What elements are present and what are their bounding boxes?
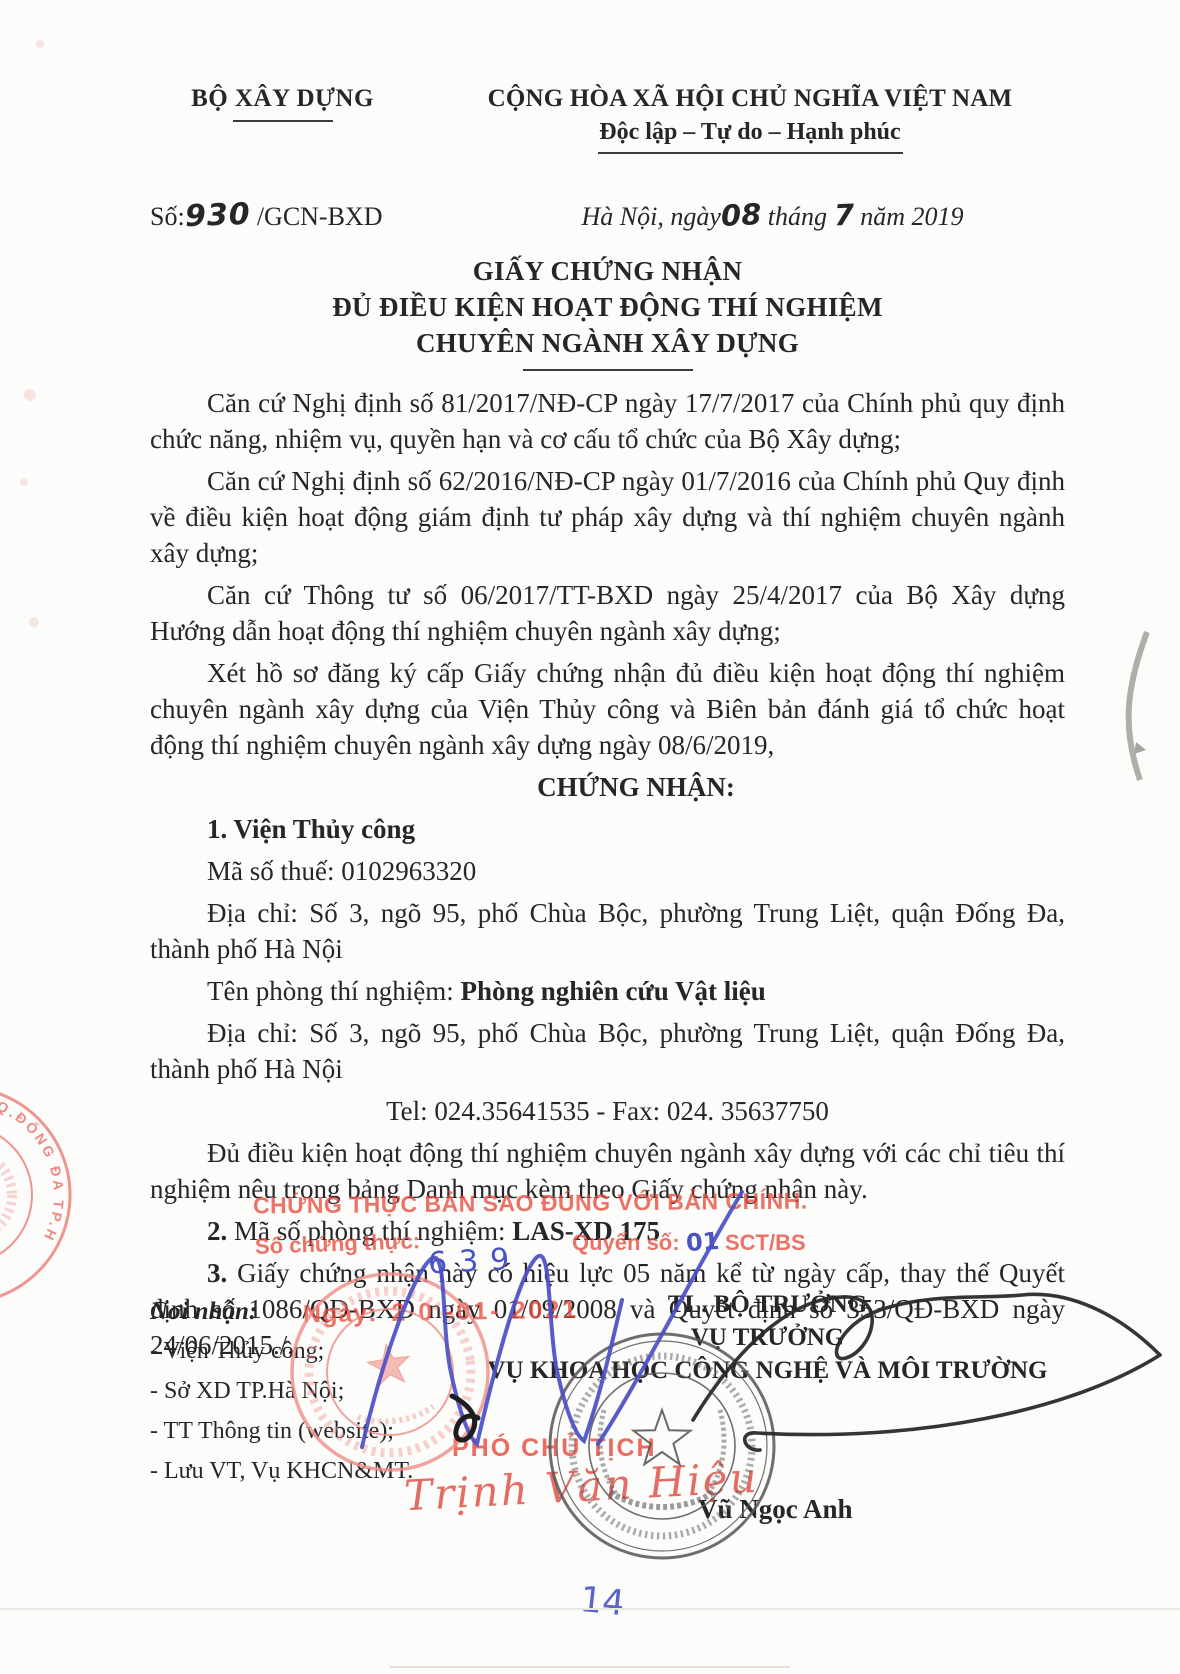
notary-date-line: Ngày:2 0 -01- 2021 xyxy=(303,1296,580,1330)
title-underline xyxy=(523,369,693,371)
book-number-handwritten: 01 xyxy=(685,1227,720,1257)
doc-no-suffix: /GCN-BXD xyxy=(257,202,383,231)
address-line: Địa chỉ: Số 3, ngõ 95, phố Chùa Bộc, phư… xyxy=(150,895,1065,967)
date-mid: tháng xyxy=(768,202,827,231)
lab-line: Tên phòng thí nghiệm: Phòng nghiên cứu V… xyxy=(150,973,1065,1009)
date-prefix: Hà Nội, ngày xyxy=(582,202,721,231)
recipient-item: - Lưu VT, Vụ KHCN&MT. xyxy=(150,1458,413,1485)
lab-name: Phòng nghiên cứu Vật liệu xyxy=(460,976,765,1006)
day-handwritten: 08 xyxy=(720,197,762,233)
issuing-org-block: BỘ XÂY DỰNG xyxy=(150,85,415,154)
tax-line: Mã số thuế: 0102963320 xyxy=(150,853,1065,889)
doc-no-handwritten: 930 xyxy=(184,197,251,234)
scanned-certificate-page: BỘ XÂY DỰNG CỘNG HÒA XÃ HỘI CHỦ NGHĨA VI… xyxy=(0,0,1180,1674)
sign-authority-line2: VỤ TRƯỞNG xyxy=(480,1321,1055,1354)
recital-2: Căn cứ Nghị định số 62/2016/NĐ-CP ngày 0… xyxy=(150,463,1065,571)
notary-stamp-line1: CHỨNG THỰC BẢN SAO ĐÚNG VỚI BẢN CHÍNH. xyxy=(253,1188,808,1220)
document-body: BỘ XÂY DỰNG CỘNG HÒA XÃ HỘI CHỦ NGHĨA VI… xyxy=(0,0,1180,1369)
handwritten-page-number: 14 xyxy=(578,1580,626,1624)
title-line1: GIẤY CHỨNG NHẬN xyxy=(150,253,1065,289)
number-date-row: Số:930 /GCN-BXD Hà Nội, ngày08 tháng 7 n… xyxy=(150,198,1065,233)
scan-artifact-line xyxy=(0,1608,1180,1610)
lab-label: Tên phòng thí nghiệm: xyxy=(207,976,460,1006)
book-label: Quyển số: xyxy=(572,1230,680,1255)
document-header: BỘ XÂY DỰNG CỘNG HÒA XÃ HỘI CHỦ NGHĨA VI… xyxy=(150,85,1065,154)
notary-book-line: Quyển số:01SCT/BS xyxy=(572,1228,806,1256)
recipient-item: - Sở XD TP.Hà Nội; xyxy=(150,1378,413,1405)
recipient-item: - Viện Thủy công; xyxy=(150,1338,413,1365)
org-underline xyxy=(233,120,333,122)
certified-org-line: 1. Viện Thủy công xyxy=(150,811,1065,847)
recital-4: Xét hồ sơ đăng ký cấp Giấy chứng nhận đủ… xyxy=(150,655,1065,763)
sign-authority-line3: VỤ KHOA HỌC CÔNG NGHỆ VÀ MÔI TRƯỜNG xyxy=(480,1354,1055,1387)
notary-number-handwritten: 639 xyxy=(427,1242,522,1282)
scan-artifact-line xyxy=(390,1666,790,1668)
item3-number: 3. xyxy=(207,1258,227,1288)
notary-date-label: Ngày: xyxy=(303,1299,378,1328)
motto-underline xyxy=(598,152,903,154)
item2-number: 2. xyxy=(207,1216,227,1246)
address-line-2: Địa chỉ: Số 3, ngõ 95, phố Chùa Bộc, phư… xyxy=(150,1015,1065,1087)
certify-heading: CHỨNG NHẬN: xyxy=(150,769,1065,805)
doc-no-label: Số: xyxy=(150,202,185,231)
date-suffix: năm 2019 xyxy=(860,202,963,231)
recital-1: Căn cứ Nghị định số 81/2017/NĐ-CP ngày 1… xyxy=(150,385,1065,457)
place-date-line: Hà Nội, ngày08 tháng 7 năm 2019 xyxy=(480,198,1065,232)
national-heading-block: CỘNG HÒA XÃ HỘI CHỦ NGHĨA VIỆT NAM Độc l… xyxy=(415,85,1065,154)
issuing-org: BỘ XÂY DỰNG xyxy=(150,85,415,113)
national-motto-line2: Độc lập – Tự do – Hạnh phúc xyxy=(435,119,1065,146)
national-motto-line1: CỘNG HÒA XÃ HỘI CHỦ NGHĨA VIỆT NAM xyxy=(435,85,1065,113)
document-title: GIẤY CHỨNG NHẬN ĐỦ ĐIỀU KIỆN HOẠT ĐỘNG T… xyxy=(150,253,1065,371)
document-number: Số:930 /GCN-BXD xyxy=(150,198,480,233)
book-suffix: SCT/BS xyxy=(725,1230,806,1255)
tel-fax-line: Tel: 024.35641535 - Fax: 024. 35637750 xyxy=(150,1093,1065,1129)
recipient-item: - TT Thông tin (website); xyxy=(150,1418,413,1445)
title-line3: CHUYÊN NGÀNH XÂY DỰNG xyxy=(150,325,1065,361)
notary-date-stamped: 2 0 -01- 2021 xyxy=(391,1296,579,1327)
recital-3: Căn cứ Thông tư số 06/2017/TT-BXD ngày 2… xyxy=(150,577,1065,649)
month-handwritten: 7 xyxy=(833,198,854,233)
title-line2: ĐỦ ĐIỀU KIỆN HOẠT ĐỘNG THÍ NGHIỆM xyxy=(150,289,1065,325)
